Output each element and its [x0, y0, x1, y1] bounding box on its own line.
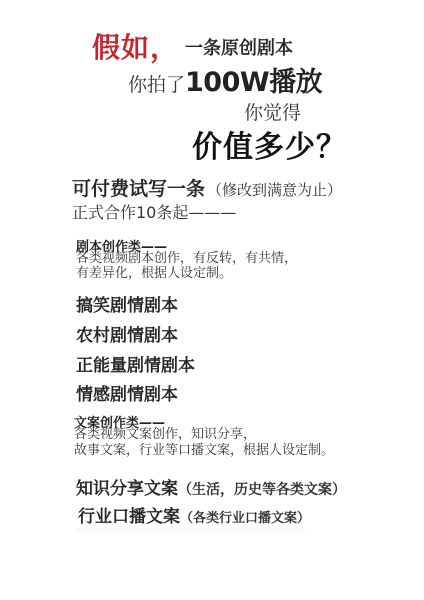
headline-line-1-rest: 一条原创剧本	[185, 38, 293, 59]
script-item-positive: 正能量剧情剧本	[76, 351, 195, 376]
headline-line-2: 你拍了100W播放	[128, 60, 322, 99]
offer-note: （修改到满意为止）	[207, 181, 342, 199]
offer-main: 可付费试写一条	[72, 178, 205, 200]
headline-line-2-bold: 100W播放	[185, 67, 322, 98]
copy-item-industry-label: 行业口播文案	[78, 507, 180, 527]
copy-item-knowledge-note: （生活，历史等各类文案）	[178, 482, 346, 498]
headline-line-3: 你觉得	[244, 98, 301, 125]
copy-section-body-line-1: 各类视频文案创作，知识分享，	[74, 427, 256, 443]
copy-item-knowledge-label: 知识分享文案	[76, 479, 178, 499]
bottom-reflection	[76, 528, 306, 534]
headline-line-2-prefix: 你拍了	[128, 74, 185, 96]
headline-question: 价值多少？	[192, 122, 347, 166]
script-section-body-line-1: 各类视频剧本创作，有反转，有共情，	[76, 251, 297, 267]
copy-item-knowledge: 知识分享文案（生活，历史等各类文案）	[76, 474, 346, 499]
script-item-rural: 农村剧情剧本	[76, 321, 178, 346]
copy-item-industry: 行业口播文案（各类行业口播文案）	[78, 502, 310, 527]
script-section-body-line-2: 有差异化，根据人设定制。	[76, 266, 232, 282]
copy-section-body-line-2: 故事文案，行业等口播文案，根据人设定制。	[74, 443, 334, 459]
copy-item-industry-note: （各类行业口播文案）	[180, 511, 310, 526]
offer-formal: 正式合作10条起———	[72, 200, 236, 223]
offer-line: 可付费试写一条（修改到满意为止）	[72, 174, 342, 201]
script-item-emotion: 情感剧情剧本	[76, 380, 178, 405]
script-item-comedy: 搞笑剧情剧本	[76, 291, 178, 316]
